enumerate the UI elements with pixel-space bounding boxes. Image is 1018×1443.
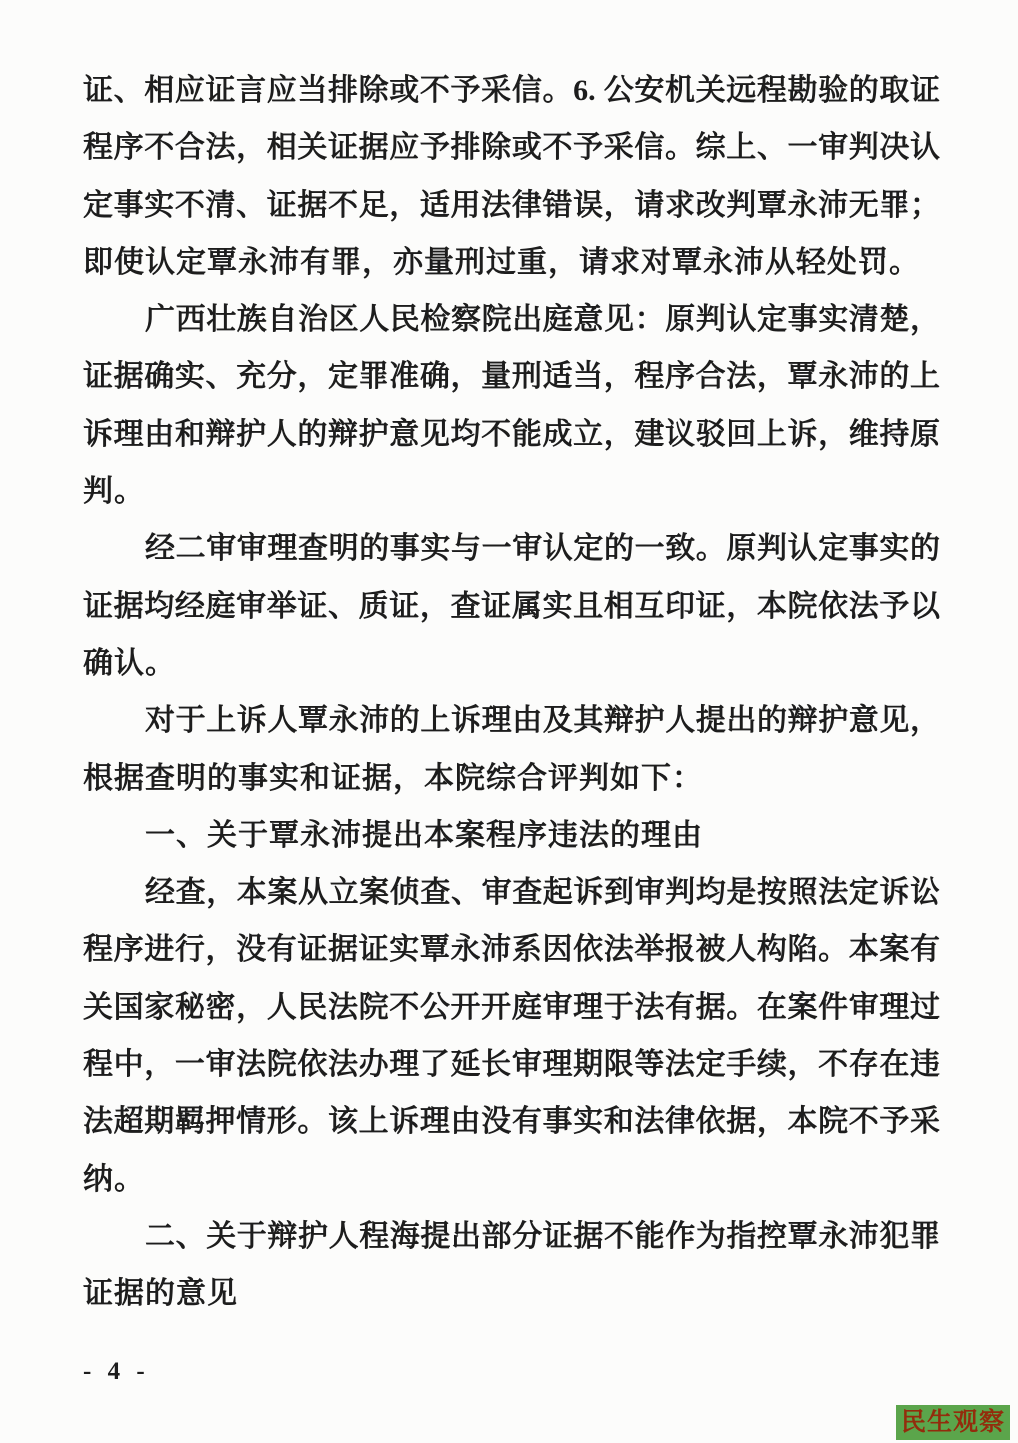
text-line: 判。: [83, 463, 940, 520]
page-number: - 4 -: [83, 1358, 150, 1386]
text-line: 经查，本案从立案侦查、审查起诉到审判均是按照法定诉讼: [83, 864, 940, 921]
scanned-court-document-page: 证、相应证言应当排除或不予采信。6. 公安机关远程勘验的取证 程序不合法，相关证…: [0, 0, 1018, 1443]
text-line: 诉理由和辩护人的辩护意见均不能成立，建议驳回上诉，维持原: [83, 406, 940, 463]
text-line: 即使认定覃永沛有罪，亦量刑过重，请求对覃永沛从轻处罚。: [83, 234, 940, 291]
text-line: 证据均经庭审举证、质证，查证属实且相互印证，本院依法予以: [83, 578, 940, 635]
text-line: 广西壮族自治区人民检察院出庭意见：原判认定事实清楚，: [83, 291, 940, 348]
text-line: 程序进行，没有证据证实覃永沛系因依法举报被人构陷。本案有: [83, 921, 940, 978]
text-line: 法超期羁押情形。该上诉理由没有事实和法律依据，本院不予采: [83, 1093, 940, 1150]
watermark-stamp: 民生观察: [896, 1405, 1010, 1440]
text-line: 程中，一审法院依法办理了延长审理期限等法定手续，不存在违: [83, 1036, 940, 1093]
text-line: 证据的意见: [83, 1265, 940, 1322]
text-line: 纳。: [83, 1151, 940, 1208]
section-heading-line: 二、关于辩护人程海提出部分证据不能作为指控覃永沛犯罪: [83, 1208, 940, 1265]
text-line: 根据查明的事实和证据，本院综合评判如下：: [83, 750, 940, 807]
text-line: 定事实不清、证据不足，适用法律错误，请求改判覃永沛无罪；: [83, 177, 940, 234]
text-line: 对于上诉人覃永沛的上诉理由及其辩护人提出的辩护意见，: [83, 692, 940, 749]
text-line: 确认。: [83, 635, 940, 692]
section-heading-line: 一、关于覃永沛提出本案程序违法的理由: [83, 807, 940, 864]
text-line: 证据确实、充分，定罪准确，量刑适当，程序合法，覃永沛的上: [83, 348, 940, 405]
text-line: 关国家秘密，人民法院不公开开庭审理于法有据。在案件审理过: [83, 979, 940, 1036]
text-line: 程序不合法，相关证据应予排除或不予采信。综上、一审判决认: [83, 119, 940, 176]
document-body: 证、相应证言应当排除或不予采信。6. 公安机关远程勘验的取证 程序不合法，相关证…: [83, 62, 940, 1323]
text-line: 证、相应证言应当排除或不予采信。6. 公安机关远程勘验的取证: [83, 62, 940, 119]
text-line: 经二审审理查明的事实与一审认定的一致。原判认定事实的: [83, 520, 940, 577]
